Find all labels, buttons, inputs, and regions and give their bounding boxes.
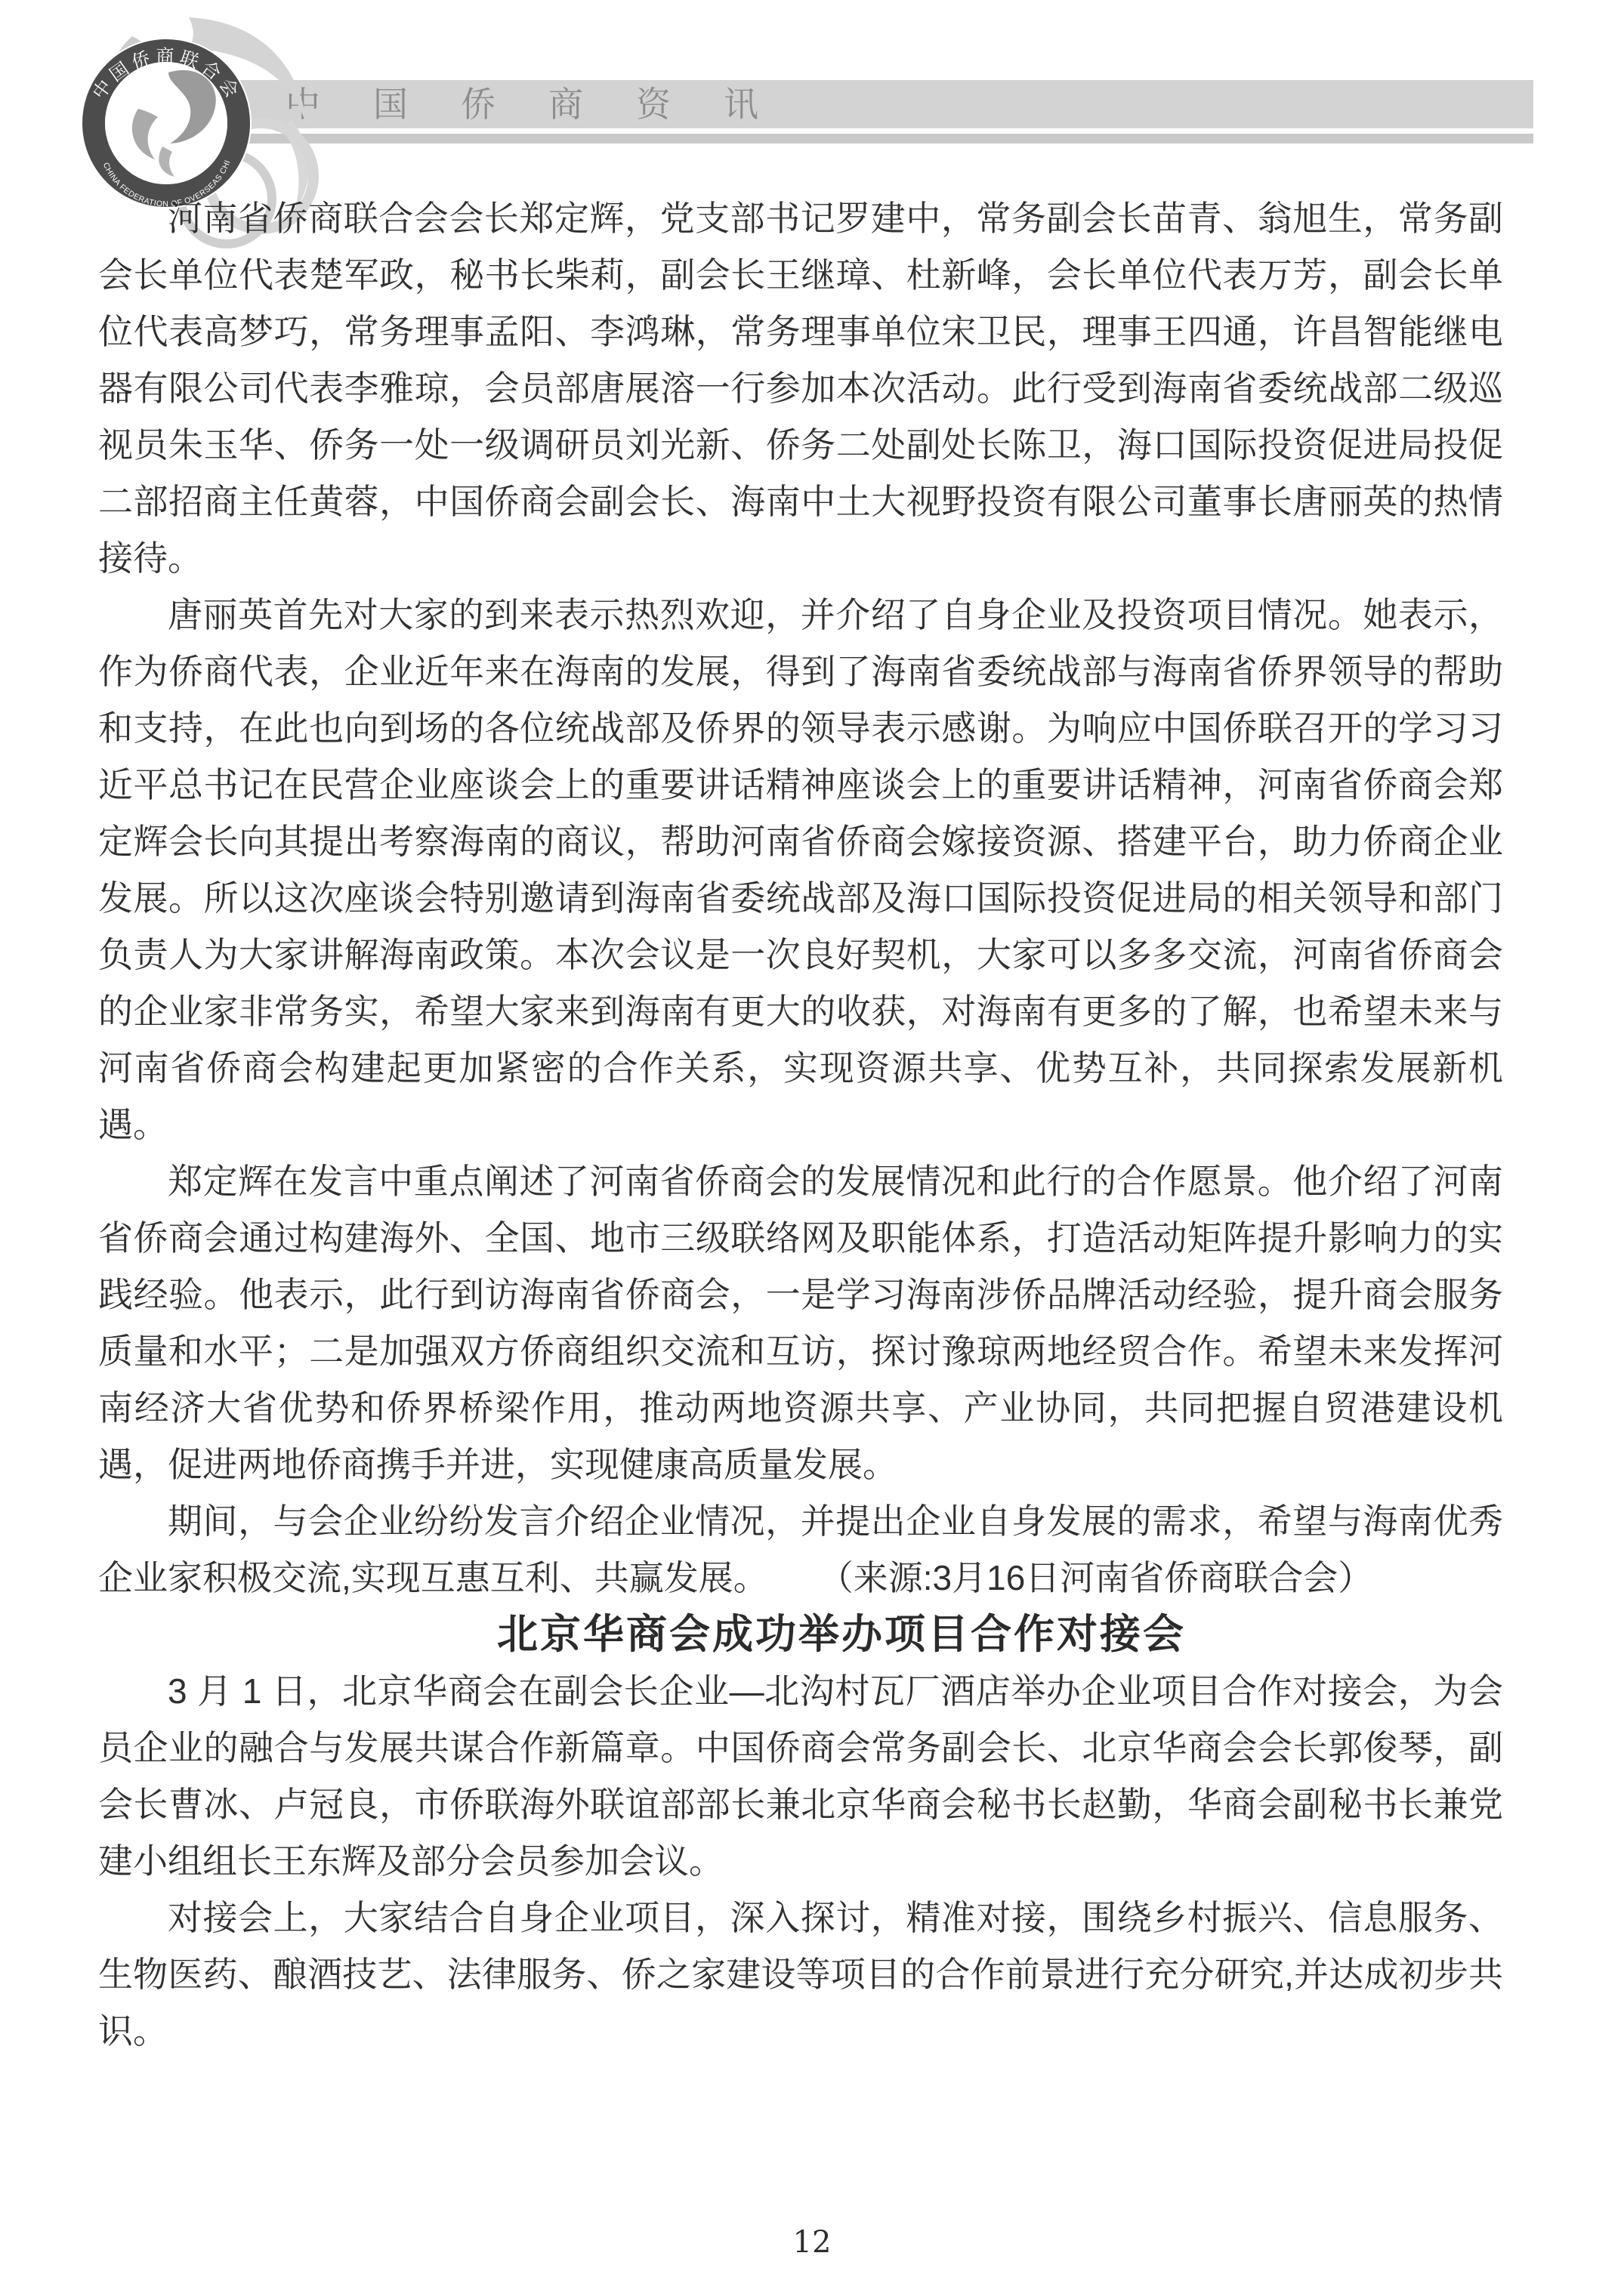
paragraph-2: 唐丽英首先对大家的到来表示热烈欢迎，并介绍了自身企业及投资项目情况。她表示，作为… bbox=[98, 587, 1503, 1153]
article-body: 河南省侨商联合会会长郑定辉，党支部书记罗建中，常务副会长苗青、翁旭生，常务副会长… bbox=[98, 190, 1503, 2060]
header-banner: 中国侨商资讯 bbox=[227, 80, 1533, 128]
article2-title: 北京华商会成功举办项目合作对接会 bbox=[98, 1606, 1503, 1663]
page-number: 12 bbox=[0, 2225, 1624, 2260]
paragraph-5: 3 月 1 日，北京华商会在副会长企业—北沟村瓦厂酒店举办企业项目合作对接会，为… bbox=[98, 1663, 1503, 1890]
paragraph-6: 对接会上，大家结合自身企业项目，深入探讨，精准对接，围绕乡村振兴、信息服务、生物… bbox=[98, 1890, 1503, 2060]
paragraph-4: 期间，与会企业纷纷发言介绍企业情况，并提出企业自身发展的需求，希望与海南优秀企业… bbox=[98, 1493, 1503, 1606]
paragraph-1: 河南省侨商联合会会长郑定辉，党支部书记罗建中，常务副会长苗青、翁旭生，常务副会长… bbox=[98, 190, 1503, 587]
banner-title: 中国侨商资讯 bbox=[227, 80, 1533, 128]
source-note: （来源:3月16日河南省侨商联合会） bbox=[836, 1558, 1373, 1597]
paragraph-3: 郑定辉在发言中重点阐述了河南省侨商会的发展情况和此行的合作愿景。他介绍了河南省侨… bbox=[98, 1153, 1503, 1493]
page: 中国侨商资讯 中国侨商联合会 CHINA FEDERATION OF OVERS… bbox=[0, 0, 1624, 2293]
header-banner-underline bbox=[227, 134, 1533, 144]
